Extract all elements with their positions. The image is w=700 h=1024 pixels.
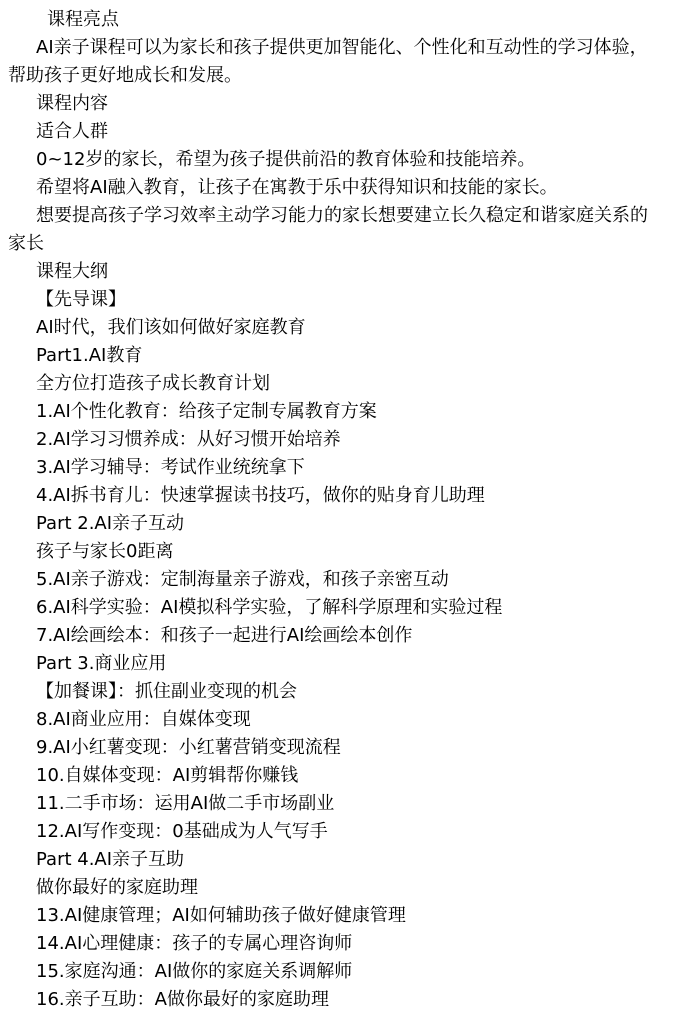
outline-item: 做你最好的家庭助理 — [0, 874, 700, 902]
outline-item: 9.AI小红薯变现：小红薯营销变现流程 — [0, 734, 700, 762]
content-heading: 课程内容 — [0, 90, 700, 118]
outline-part-heading: Part 4.AI亲子互助 — [0, 846, 700, 874]
outline-part-heading: Part 2.AI亲子互动 — [0, 510, 700, 538]
outline-item: 【先导课】 — [0, 286, 700, 314]
outline-item: 6.AI科学实验：AI模拟科学实验，了解科学原理和实验过程 — [0, 594, 700, 622]
outline-item: 7.AI绘画绘本：和孩子一起进行AI绘画绘本创作 — [0, 622, 700, 650]
outline-part-heading: Part1.AI教育 — [0, 342, 700, 370]
audience-item: 0~12岁的家长，希望为孩子提供前沿的教育体验和技能培养。 — [0, 146, 700, 174]
outline-item: 5.AI亲子游戏：定制海量亲子游戏，和孩子亲密互动 — [0, 566, 700, 594]
outline-item: 14.AI心理健康：孩子的专属心理咨询师 — [0, 930, 700, 958]
outline-item: 16.亲子互助：A做你最好的家庭助理 — [0, 986, 700, 1014]
audience-heading: 适合人群 — [0, 118, 700, 146]
outline-item: 15.家庭沟通：AI做你的家庭关系调解师 — [0, 958, 700, 986]
outline-item: 3.AI学习辅导：考试作业统统拿下 — [0, 454, 700, 482]
outline-item: 11.二手市场：运用AI做二手市场副业 — [0, 790, 700, 818]
outline-part-heading: Part 3.商业应用 — [0, 650, 700, 678]
outline-item: 【加餐课】：抓住副业变现的机会 — [0, 678, 700, 706]
outline-item: 1.AI个性化教育：给孩子定制专属教育方案 — [0, 398, 700, 426]
outline-item: 8.AI商业应用：自媒体变现 — [0, 706, 700, 734]
outline-item: 10.自媒体变现：AI剪辑帮你赚钱 — [0, 762, 700, 790]
highlights-paragraph: AI亲子课程可以为家长和孩子提供更加智能化、个性化和互动性的学习体验，帮助孩子更… — [0, 34, 678, 90]
audience-item: 希望将AI融入教育，让孩子在寓教于乐中获得知识和技能的家长。 — [0, 174, 700, 202]
highlights-heading: 课程亮点 — [0, 6, 700, 34]
outline-item: 2.AI学习习惯养成：从好习惯开始培养 — [0, 426, 700, 454]
outline-heading: 课程大纲 — [0, 258, 700, 286]
outline-item: 全方位打造孩子成长教育计划 — [0, 370, 700, 398]
outline-item: 13.AI健康管理；AI如何辅助孩子做好健康管理 — [0, 902, 700, 930]
outline-item: 4.AI拆书育儿：快速掌握读书技巧，做你的贴身育儿助理 — [0, 482, 700, 510]
outline-item: 孩子与家长0距离 — [0, 538, 700, 566]
course-document: 课程亮点 AI亲子课程可以为家长和孩子提供更加智能化、个性化和互动性的学习体验，… — [0, 6, 700, 1014]
outline-item: AI时代，我们该如何做好家庭教育 — [0, 314, 700, 342]
outline-item: 12.AI写作变现：0基础成为人气写手 — [0, 818, 700, 846]
audience-item: 想要提高孩子学习效率主动学习能力的家长想要建立长久稳定和谐家庭关系的家长 — [0, 202, 678, 258]
